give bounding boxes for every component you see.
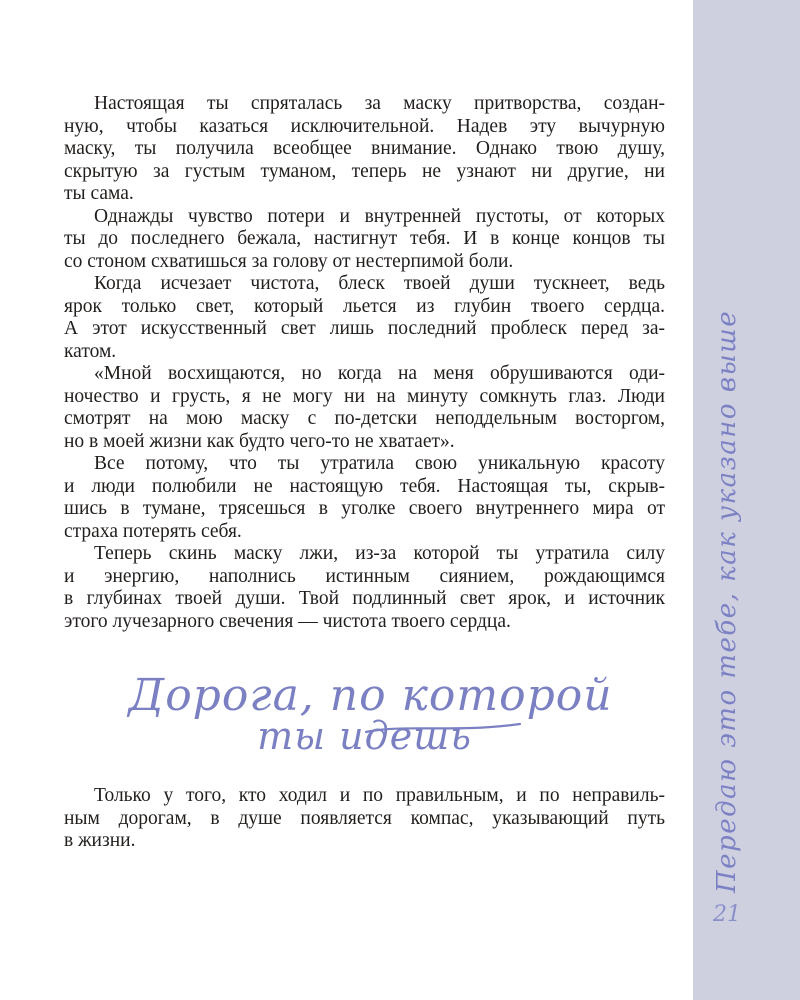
text-line: ярок только свет, который льется из глуб…	[64, 296, 665, 319]
section-heading-script: Дорога, по которой ты идешь	[64, 672, 665, 756]
text-line: Только у того, кто ходил и по правильным…	[64, 785, 665, 808]
paragraph: Когда исчезает чистота, блеск твоей души…	[64, 273, 665, 363]
text-column: Настоящая ты спряталась за маску притвор…	[64, 93, 665, 633]
text-line: и люди полюбили не настоящую тебя. Насто…	[64, 476, 665, 499]
text-line: страха потерять себя.	[64, 521, 665, 544]
text-line: ты сама.	[64, 183, 665, 206]
paragraph: Теперь скинь маску лжи, из-за которой ты…	[64, 543, 665, 633]
text-line: Теперь скинь маску лжи, из-за которой ты…	[64, 543, 665, 566]
text-line: но в моей жизни как будто чего-то не хва…	[64, 431, 665, 454]
text-line: в глубинах твоей души. Твой подлинный св…	[64, 588, 665, 611]
text-line: Однажды чувство потери и внутренней пуст…	[64, 206, 665, 229]
text-line: Настоящая ты спряталась за маску притвор…	[64, 93, 665, 116]
text-line: и энергию, наполнись истинным сиянием, р…	[64, 566, 665, 589]
heading-line-2: ты идешь	[64, 716, 665, 756]
text-line: ты до последнего бежала, настигнут тебя.…	[64, 228, 665, 251]
paragraph: Только у того, кто ходил и по правильным…	[64, 785, 665, 853]
text-line: шись в тумане, трясешься в уголке своего…	[64, 498, 665, 521]
text-line: ную, чтобы казаться исключительной. Наде…	[64, 116, 665, 139]
heading-line-1: Дорога, по которой	[70, 672, 671, 720]
text-line: ночество и грусть, я не могу ни на минут…	[64, 386, 665, 409]
text-line: Все потому, что ты утратила свою уникаль…	[64, 453, 665, 476]
margin-note-vertical: Передаю это тебе, как указано выше	[712, 433, 748, 893]
text-line: ным дорогам, в душе появляется компас, у…	[64, 808, 665, 831]
paragraph: Все потому, что ты утратила свою уникаль…	[64, 453, 665, 543]
text-line: смотрят на мою маску с по-детски неподде…	[64, 408, 665, 431]
text-line: Когда исчезает чистота, блеск твоей души…	[64, 273, 665, 296]
footer-text-column: Только у того, кто ходил и по правильным…	[64, 785, 665, 853]
paragraph: Настоящая ты спряталась за маску притвор…	[64, 93, 665, 206]
page-number: 21	[703, 902, 751, 927]
text-line: А этот искусственный свет лишь последний…	[64, 318, 665, 341]
text-line: скрытую за густым туманом, теперь не узн…	[64, 161, 665, 184]
text-line: катом.	[64, 341, 665, 364]
text-line: в жизни.	[64, 830, 665, 853]
text-line: маску, ты получила всеобщее внимание. Од…	[64, 138, 665, 161]
paragraph: «Мной восхищаются, но когда на меня обру…	[64, 363, 665, 453]
paragraph: Однажды чувство потери и внутренней пуст…	[64, 206, 665, 274]
text-line: со стоном схватишься за голову от нестер…	[64, 251, 665, 274]
text-line: «Мной восхищаются, но когда на меня обру…	[64, 363, 665, 386]
book-page: Настоящая ты спряталась за маску притвор…	[0, 0, 800, 1000]
text-line: этого лучезарного свечения — чистота тво…	[64, 611, 665, 634]
